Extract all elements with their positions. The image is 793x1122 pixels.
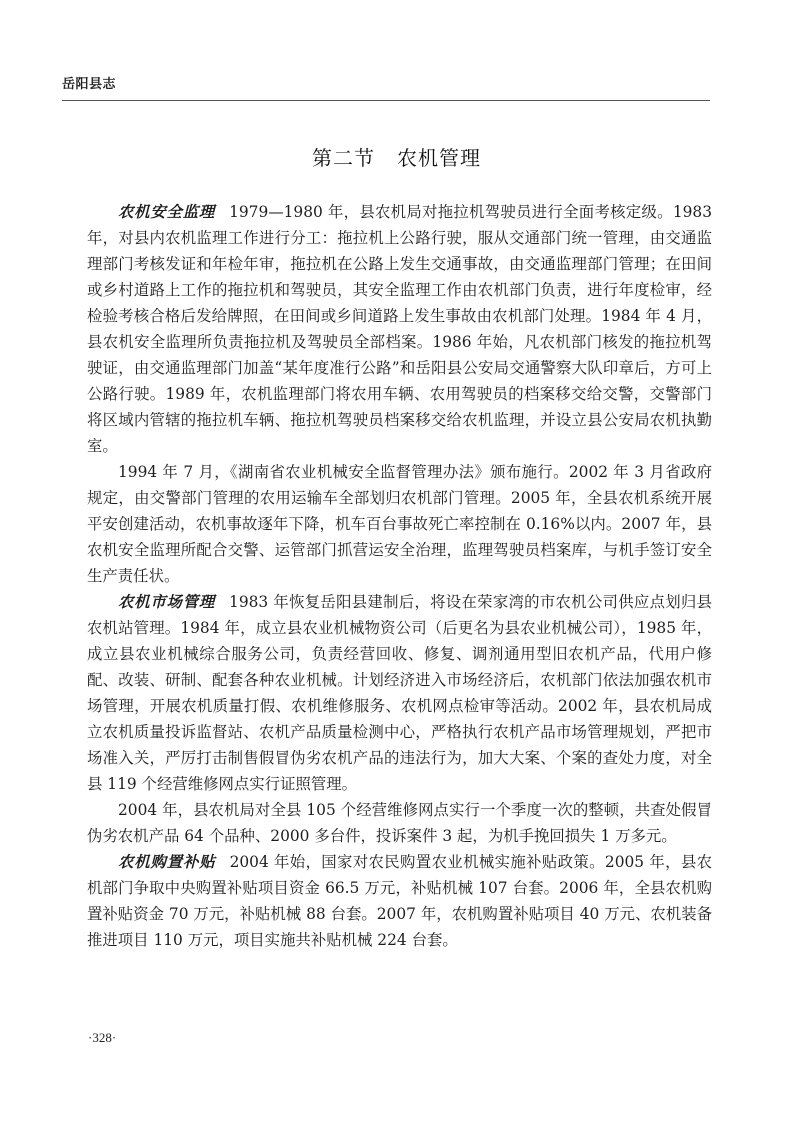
body-text: 农机安全监理1979—1980 年，县农机局对拖拉机驾驶员进行全面考核定级。19… (87, 199, 712, 953)
topic-heading: 农机市场管理 (118, 593, 215, 611)
running-header-book-title: 岳阳县志 (62, 73, 116, 92)
topic-heading: 农机安全监理 (118, 203, 215, 221)
paragraph-market-management: 农机市场管理1983 年恢复岳阳县建制后，将设在荣家湾的市农机公司供应点划归县农… (87, 589, 712, 797)
paragraph-purchase-subsidy: 农机购置补贴2004 年始，国家对农民购置农业机械实施补贴政策。2005 年，县… (87, 849, 712, 953)
paragraph-safety-supervision-cont: 1994 年 7 月，《湖南省农业机械安全监督管理办法》颁布施行。2002 年 … (87, 459, 712, 589)
section-number: 第二节 (312, 146, 375, 170)
section-title: 第二节农机管理 (0, 142, 793, 171)
paragraph-text: 1994 年 7 月，《湖南省农业机械安全监督管理办法》颁布施行。2002 年 … (87, 463, 712, 585)
section-name: 农机管理 (397, 146, 481, 170)
paragraph-text: 1983 年恢复岳阳县建制后，将设在荣家湾的市农机公司供应点划归县农机站管理。1… (87, 593, 712, 793)
paragraph-market-management-cont: 2004 年，县农机局对全县 105 个经营维修网点实行一个季度一次的整顿，共查… (87, 797, 712, 849)
page-number: ·328· (88, 1030, 116, 1046)
paragraph-text: 1979—1980 年，县农机局对拖拉机驾驶员进行全面考核定级。1983 年，对… (87, 203, 712, 455)
paragraph-text: 2004 年，县农机局对全县 105 个经营维修网点实行一个季度一次的整顿，共查… (87, 801, 712, 845)
paragraph-safety-supervision: 农机安全监理1979—1980 年，县农机局对拖拉机驾驶员进行全面考核定级。19… (87, 199, 712, 459)
header-divider (62, 100, 710, 101)
topic-heading: 农机购置补贴 (118, 853, 216, 871)
